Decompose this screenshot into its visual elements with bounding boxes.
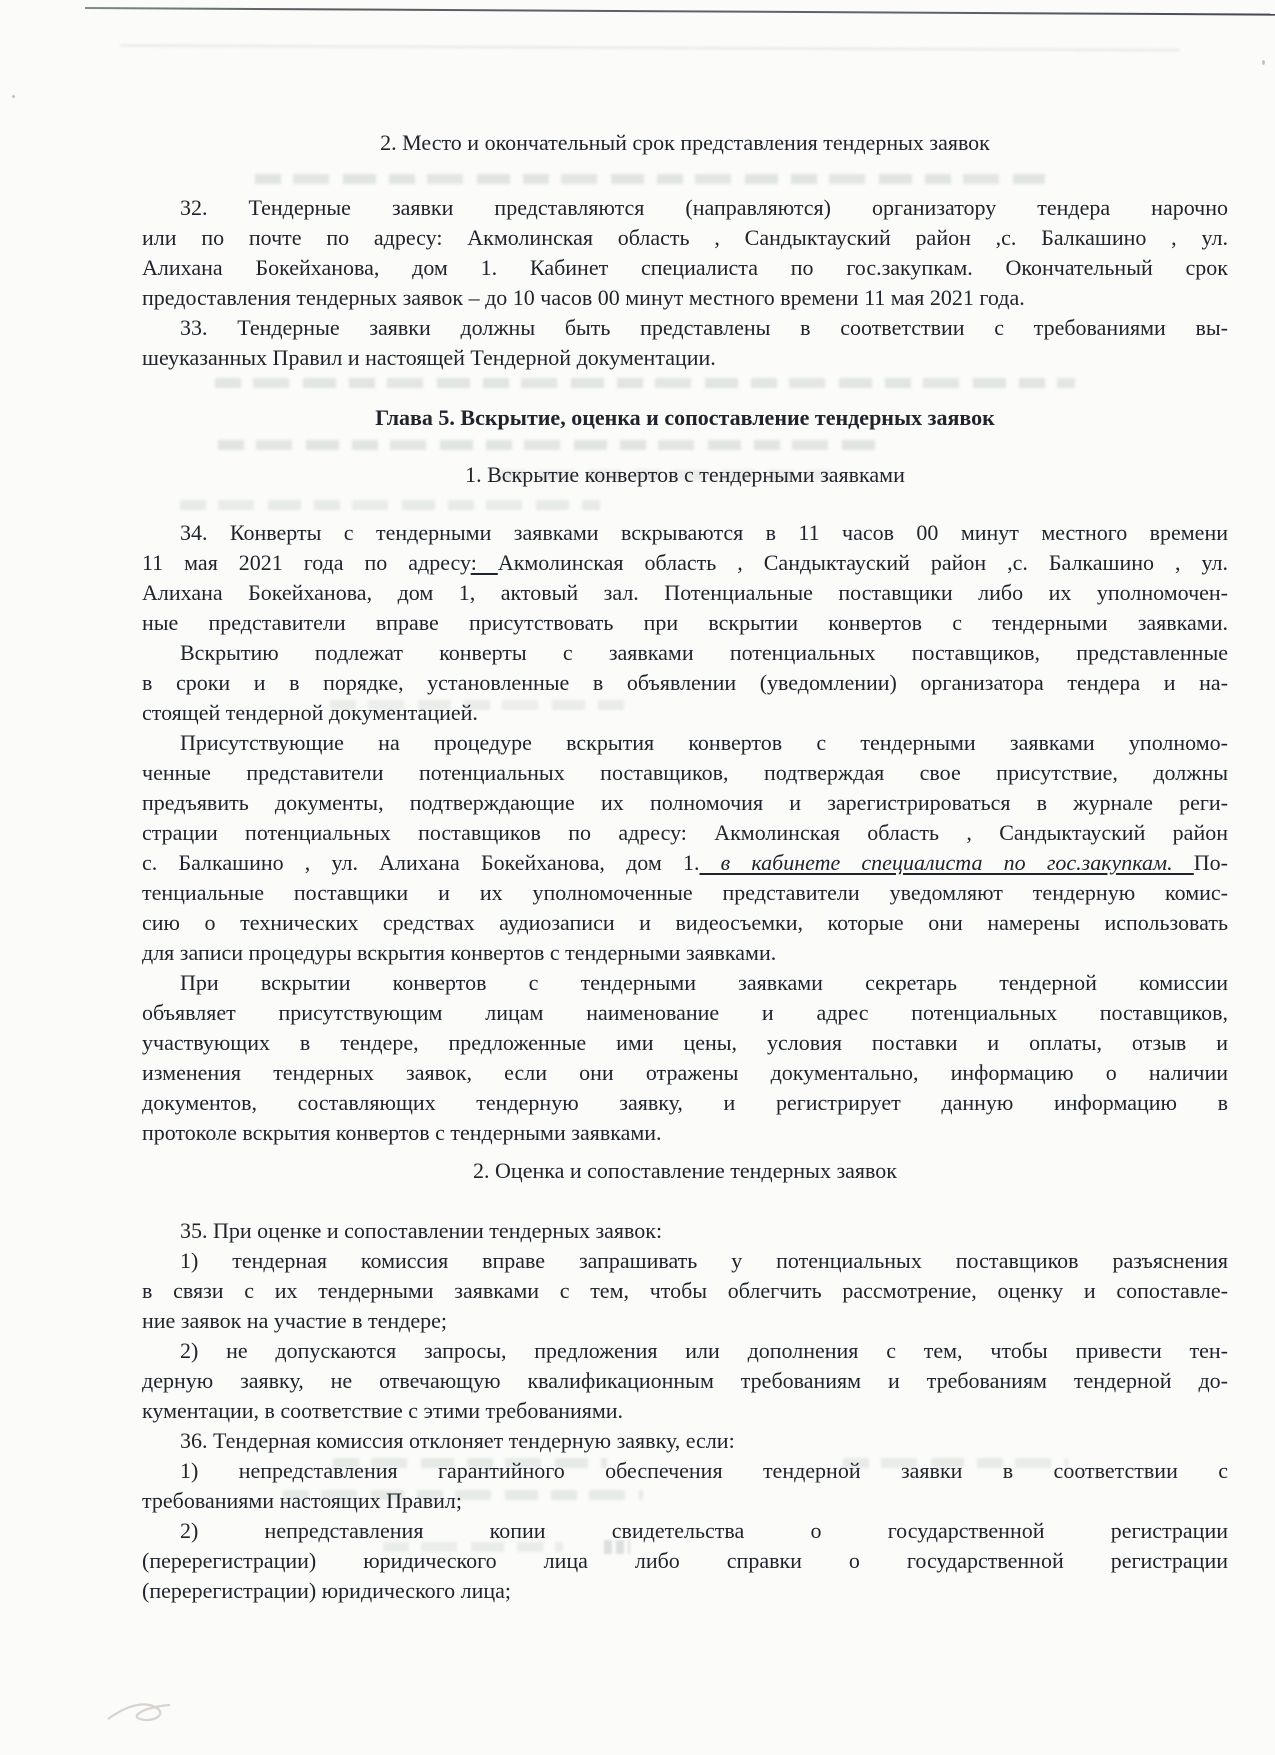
text-line: предъявить документы, подтверждающие их … bbox=[142, 788, 1228, 818]
paragraph-secretary-announcement: При вскрытии конвертов с тендерными заяв… bbox=[142, 968, 1228, 1148]
text-line: 34. Конверты с тендерными заявками вскры… bbox=[142, 518, 1228, 548]
text-line: ние заявок на участие в тендере; bbox=[142, 1306, 1228, 1336]
paragraph-33: 33. Тендерные заявки должны быть предста… bbox=[142, 313, 1228, 373]
text-line: 35. При оценке и сопоставлении тендерных… bbox=[142, 1216, 1228, 1246]
paragraph-envelope-opening: Вскрытию подлежат конверты с заявками по… bbox=[142, 638, 1228, 728]
text-line: Алихана Бокейханова, дом 1, актовый зал.… bbox=[142, 578, 1228, 608]
section-2-heading-evaluation: 2. Оценка и сопоставление тендерных заяв… bbox=[142, 1156, 1228, 1186]
text-line: Алихана Бокейханова, дом 1. Кабинет спец… bbox=[142, 253, 1228, 283]
text-line: ные представители вправе присутствовать … bbox=[142, 608, 1228, 638]
paragraph-36: 36. Тендерная комиссия отклоняет тендерн… bbox=[142, 1426, 1228, 1456]
text-line: с. Балкашино , ул. Алихана Бокейханова, … bbox=[142, 848, 1228, 878]
section-1-heading-envelope-opening: 1. Вскрытие конвертов с тендерными заявк… bbox=[142, 460, 1228, 490]
text-line: 32. Тендерные заявки представляются (нап… bbox=[142, 193, 1228, 223]
text-line: тенциальные поставщики и их уполномоченн… bbox=[142, 878, 1228, 908]
list-item-35-2: 2) не допускаются запросы, предложения и… bbox=[142, 1336, 1228, 1426]
text-line: сию о технических средствах аудиозаписи … bbox=[142, 908, 1228, 938]
text-line: 2) непредставления копии свидетельства о… bbox=[142, 1516, 1228, 1546]
paragraph-34: 34. Конверты с тендерными заявками вскры… bbox=[142, 518, 1228, 638]
section-heading-place-and-deadline: 2. Место и окончательный срок представле… bbox=[142, 128, 1228, 158]
text-line: 36. Тендерная комиссия отклоняет тендерн… bbox=[142, 1426, 1228, 1456]
text-line: Присутствующие на процедуре вскрытия кон… bbox=[142, 728, 1228, 758]
scanned-document-page: { "colors": { "ink": "#20242c", "ghost_b… bbox=[0, 0, 1275, 1755]
text-line: Вскрытию подлежат конверты с заявками по… bbox=[142, 638, 1228, 668]
text-line: в сроки и в порядке, установленные в объ… bbox=[142, 668, 1228, 698]
text-line: протоколе вскрытия конвертов с тендерным… bbox=[142, 1118, 1228, 1148]
text-line: 33. Тендерные заявки должны быть предста… bbox=[142, 313, 1228, 343]
text-line: кументации, в соответствие с этими требо… bbox=[142, 1396, 1228, 1426]
text-segment: По- bbox=[1194, 850, 1228, 875]
document-body: 2. Место и окончательный срок представле… bbox=[0, 0, 1275, 1755]
text-line: для записи процедуры вскрытия конвертов … bbox=[142, 938, 1228, 968]
text-line: 1) тендерная комиссия вправе запрашивать… bbox=[142, 1246, 1228, 1276]
text-line: (перерегистрации) юридического лица; bbox=[142, 1576, 1228, 1606]
list-item-36-1: 1) непредставления гарантийного обеспече… bbox=[142, 1456, 1228, 1516]
text-segment: 11 мая 2021 года по адресу bbox=[142, 550, 471, 575]
text-line: 1) непредставления гарантийного обеспече… bbox=[142, 1456, 1228, 1486]
text-segment: Акмолинская область , Сандыктауский райо… bbox=[498, 550, 1228, 575]
chapter-5-heading: Глава 5. Вскрытие, оценка и сопоставлени… bbox=[142, 403, 1228, 433]
text-line: 2) не допускаются запросы, предложения и… bbox=[142, 1336, 1228, 1366]
text-line: страции потенциальных поставщиков по адр… bbox=[142, 818, 1228, 848]
text-line: (перерегистрации) юридического лица либо… bbox=[142, 1546, 1228, 1576]
text-line: 11 мая 2021 года по адресу: Акмолинская … bbox=[142, 548, 1228, 578]
text-line: требованиями настоящих Правил; bbox=[142, 1486, 1228, 1516]
paragraph-32: 32. Тендерные заявки представляются (нап… bbox=[142, 193, 1228, 313]
underlined-italic-segment: в кабинете специалиста по гос.закупкам. bbox=[699, 850, 1193, 875]
text-line: шеуказанных Правил и настоящей Тендерной… bbox=[142, 343, 1228, 373]
text-line: предоставления тендерных заявок – до 10 … bbox=[142, 283, 1228, 313]
text-line: объявляет присутствующим лицам наименова… bbox=[142, 998, 1228, 1028]
paragraph-attendees: Присутствующие на процедуре вскрытия кон… bbox=[142, 728, 1228, 968]
list-item-35-1: 1) тендерная комиссия вправе запрашивать… bbox=[142, 1246, 1228, 1336]
text-line: ченные представители потенциальных поста… bbox=[142, 758, 1228, 788]
text-segment: с. Балкашино , ул. Алихана Бокейханова, … bbox=[142, 850, 699, 875]
list-item-36-2: 2) непредставления копии свидетельства о… bbox=[142, 1516, 1228, 1606]
text-line: участвующих в тендере, предложенные ими … bbox=[142, 1028, 1228, 1058]
paragraph-35: 35. При оценке и сопоставлении тендерных… bbox=[142, 1216, 1228, 1246]
underlined-segment: : bbox=[471, 550, 498, 575]
text-line: стоящей тендерной документацией. bbox=[142, 698, 1228, 728]
text-line: При вскрытии конвертов с тендерными заяв… bbox=[142, 968, 1228, 998]
text-line: или по почте по адресу: Акмолинская обла… bbox=[142, 223, 1228, 253]
text-line: дерную заявку, не отвечающую квалификаци… bbox=[142, 1366, 1228, 1396]
text-line: в связи с их тендерными заявками с тем, … bbox=[142, 1276, 1228, 1306]
text-line: изменения тендерных заявок, если они отр… bbox=[142, 1058, 1228, 1088]
text-line: документов, составляющих тендерную заявк… bbox=[142, 1088, 1228, 1118]
